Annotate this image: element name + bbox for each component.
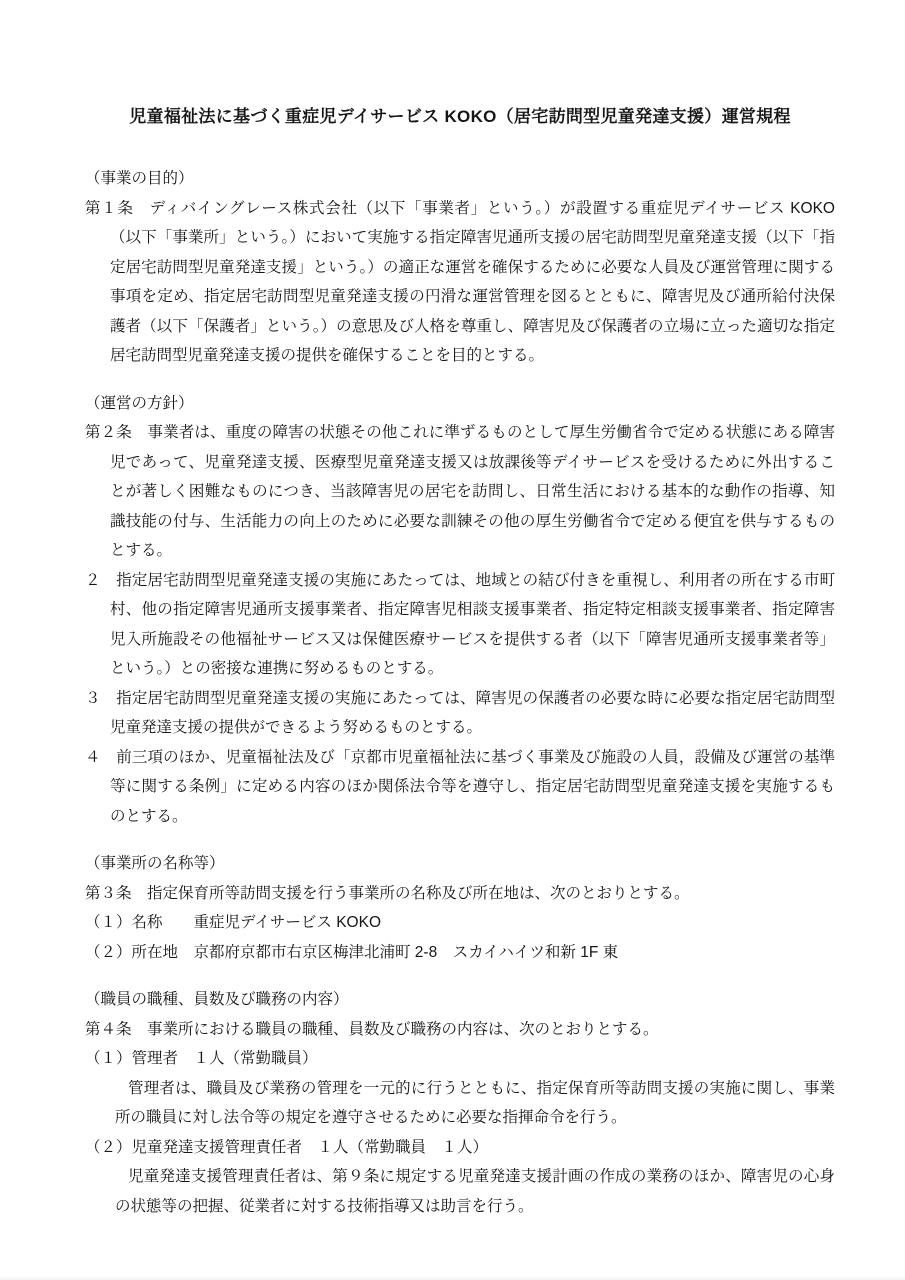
document-title: 児童福祉法に基づく重症児デイサービス KOKO（居宅訪問型児童発達支援）運営規程	[85, 104, 835, 130]
section-heading: （事業の目的）	[85, 164, 835, 194]
section: （運営の方針）第２条 事業者は、重度の障害の状態その他これに準ずるものとして厚生…	[85, 389, 835, 832]
document-page: 児童福祉法に基づく重症児デイサービス KOKO（居宅訪問型児童発達支援）運営規程…	[0, 0, 905, 1280]
paragraph-article: 第１条 ディバイングレース株式会社（以下「事業者」という。）が設置する重症児デイ…	[85, 194, 835, 371]
document-body: （事業の目的）第１条 ディバイングレース株式会社（以下「事業者」という。）が設置…	[85, 164, 835, 1221]
paragraph-subitem: （２）所在地 京都府京都市右京区梅津北浦町 2-8 スカイハイツ和新 1F 東	[85, 938, 835, 968]
section-heading: （事業所の名称等）	[85, 849, 835, 879]
paragraph-desc: 児童発達支援管理責任者は、第９条に規定する児童発達支援計画の作成の業務のほか、障…	[85, 1162, 835, 1221]
paragraph-clause: ４ 前三項のほか、児童福祉法及び「京都市児童福祉法に基づく事業及び施設の人員，設…	[85, 743, 835, 832]
paragraph-desc: 管理者は、職員及び業務の管理を一元的に行うとともに、指定保育所等訪問支援の実施に…	[85, 1074, 835, 1133]
section: （職員の職種、員数及び職務の内容）第４条 事業所における職員の職種、員数及び職務…	[85, 985, 835, 1221]
section: （事業所の名称等）第３条 指定保育所等訪問支援を行う事業所の名称及び所在地は、次…	[85, 849, 835, 967]
page-bottom-edge	[0, 1276, 905, 1280]
paragraph-subitem: （２）児童発達支援管理責任者 １人（常勤職員 １人）	[85, 1133, 835, 1163]
paragraph-clause: ２ 指定居宅訪問型児童発達支援の実施にあたっては、地域との結び付きを重視し、利用…	[85, 566, 835, 684]
paragraph-subitem: （１）管理者 １人（常勤職員）	[85, 1044, 835, 1074]
paragraph-article: 第２条 事業者は、重度の障害の状態その他これに準ずるものとして厚生労働省令で定め…	[85, 418, 835, 566]
section-heading: （職員の職種、員数及び職務の内容）	[85, 985, 835, 1015]
section-heading: （運営の方針）	[85, 389, 835, 419]
paragraph-subitem: （１）名称 重症児デイサービス KOKO	[85, 908, 835, 938]
section: （事業の目的）第１条 ディバイングレース株式会社（以下「事業者」という。）が設置…	[85, 164, 835, 371]
paragraph-article: 第４条 事業所における職員の職種、員数及び職務の内容は、次のとおりとする。	[85, 1015, 835, 1045]
paragraph-clause: ３ 指定居宅訪問型児童発達支援の実施にあたっては、障害児の保護者の必要な時に必要…	[85, 684, 835, 743]
paragraph-article: 第３条 指定保育所等訪問支援を行う事業所の名称及び所在地は、次のとおりとする。	[85, 879, 835, 909]
